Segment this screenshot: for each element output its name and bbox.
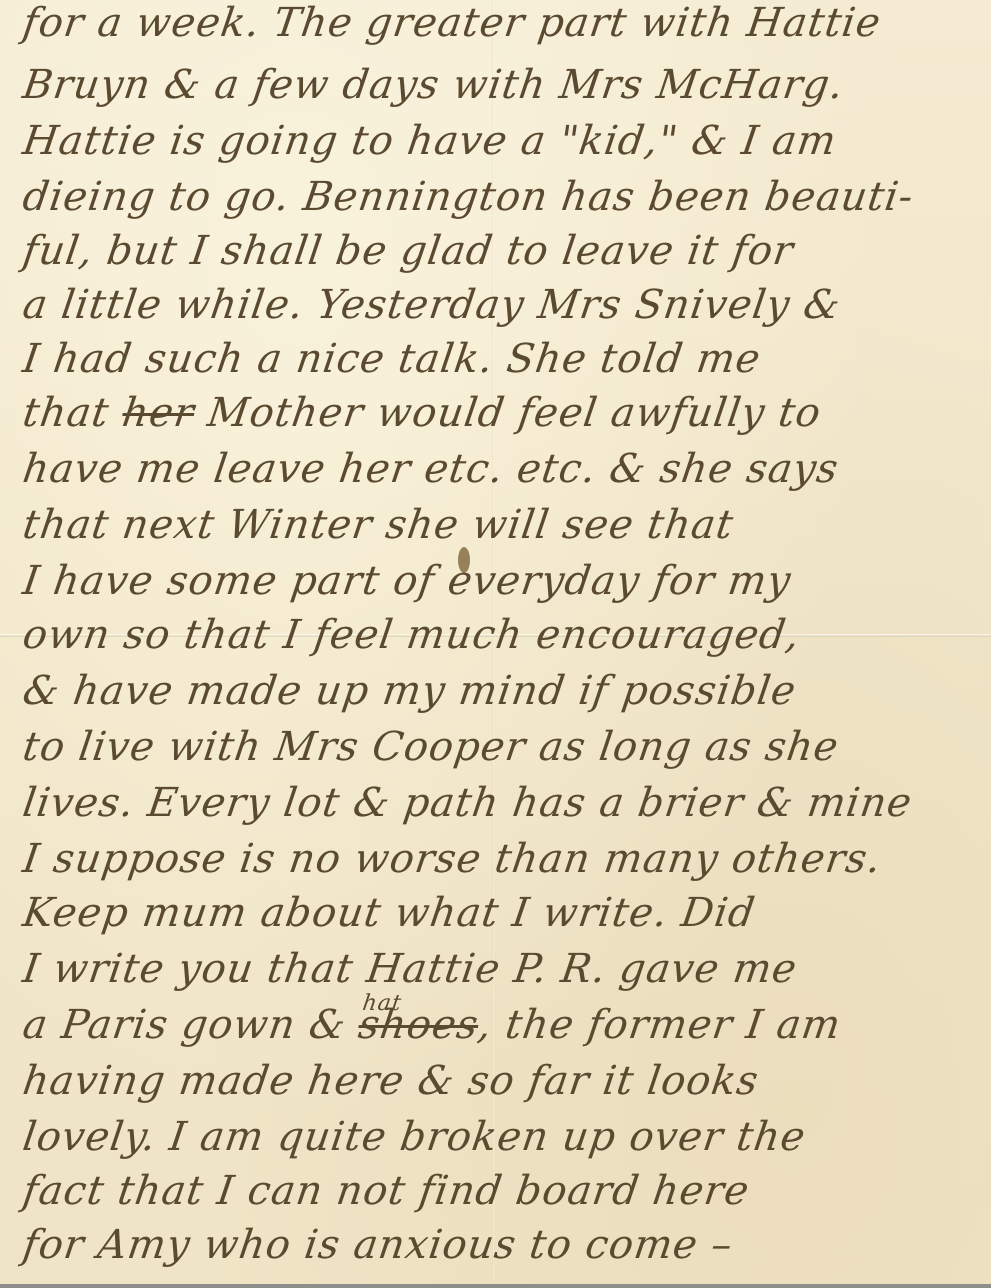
inserted-word: hat [361,991,404,1016]
paper-bottom-edge [0,1284,991,1288]
letter-line-23: for Amy who is anxious to come – [20,1222,736,1268]
letter-line-11: I have some part of everyday for my [20,558,794,604]
line-text-post: Mother would feel awfully to [191,390,824,436]
letter-line-9: have me leave her etc. etc. & she says [20,446,842,492]
letter-line-8: that her Mother would feel awfully to [20,390,824,436]
letter-line-16: I suppose is no worse than many others. [20,836,884,882]
letter-line-10: that next Winter she will see that [20,502,737,548]
letter-line-15: lives. Every lot & path has a brier & mi… [20,780,915,826]
letter-line-22: fact that I can not find board here [20,1168,753,1214]
line-text-post: , the former I am [475,1002,844,1048]
letter-line-13: & have made up my mind if possible [20,668,799,714]
struck-word: her [119,390,197,436]
letter-line-19: a Paris gown & hatshoes, the former I am [20,1002,844,1048]
letter-line-5: ful, but I shall be glad to leave it for [20,228,797,274]
line-text-pre: that [20,390,126,436]
letter-line-12: own so that I feel much encouraged, [20,612,803,658]
letter-line-3: Hattie is going to have a "kid," & I am [20,118,840,164]
letter-line-1: for a week. The greater part with Hattie [20,0,884,46]
letter-line-6: a little while. Yesterday Mrs Snively & [20,282,844,328]
letter-line-18: I write you that Hattie P. R. gave me [20,946,800,992]
letter-line-2: Bruyn & a few days with Mrs McHarg. [20,62,847,108]
letter-line-20: having made here & so far it looks [20,1058,762,1104]
letter-line-17: Keep mum about what I write. Did [20,890,758,936]
letter-line-21: lovely. I am quite broken up over the [20,1114,809,1160]
line-text-pre: a Paris gown & [20,1002,363,1048]
letter-line-7: I had such a nice talk. She told me [20,336,764,382]
letter-line-14: to live with Mrs Cooper as long as she [20,724,842,770]
letter-line-4: dieing to go. Bennington has been beauti… [20,174,917,220]
